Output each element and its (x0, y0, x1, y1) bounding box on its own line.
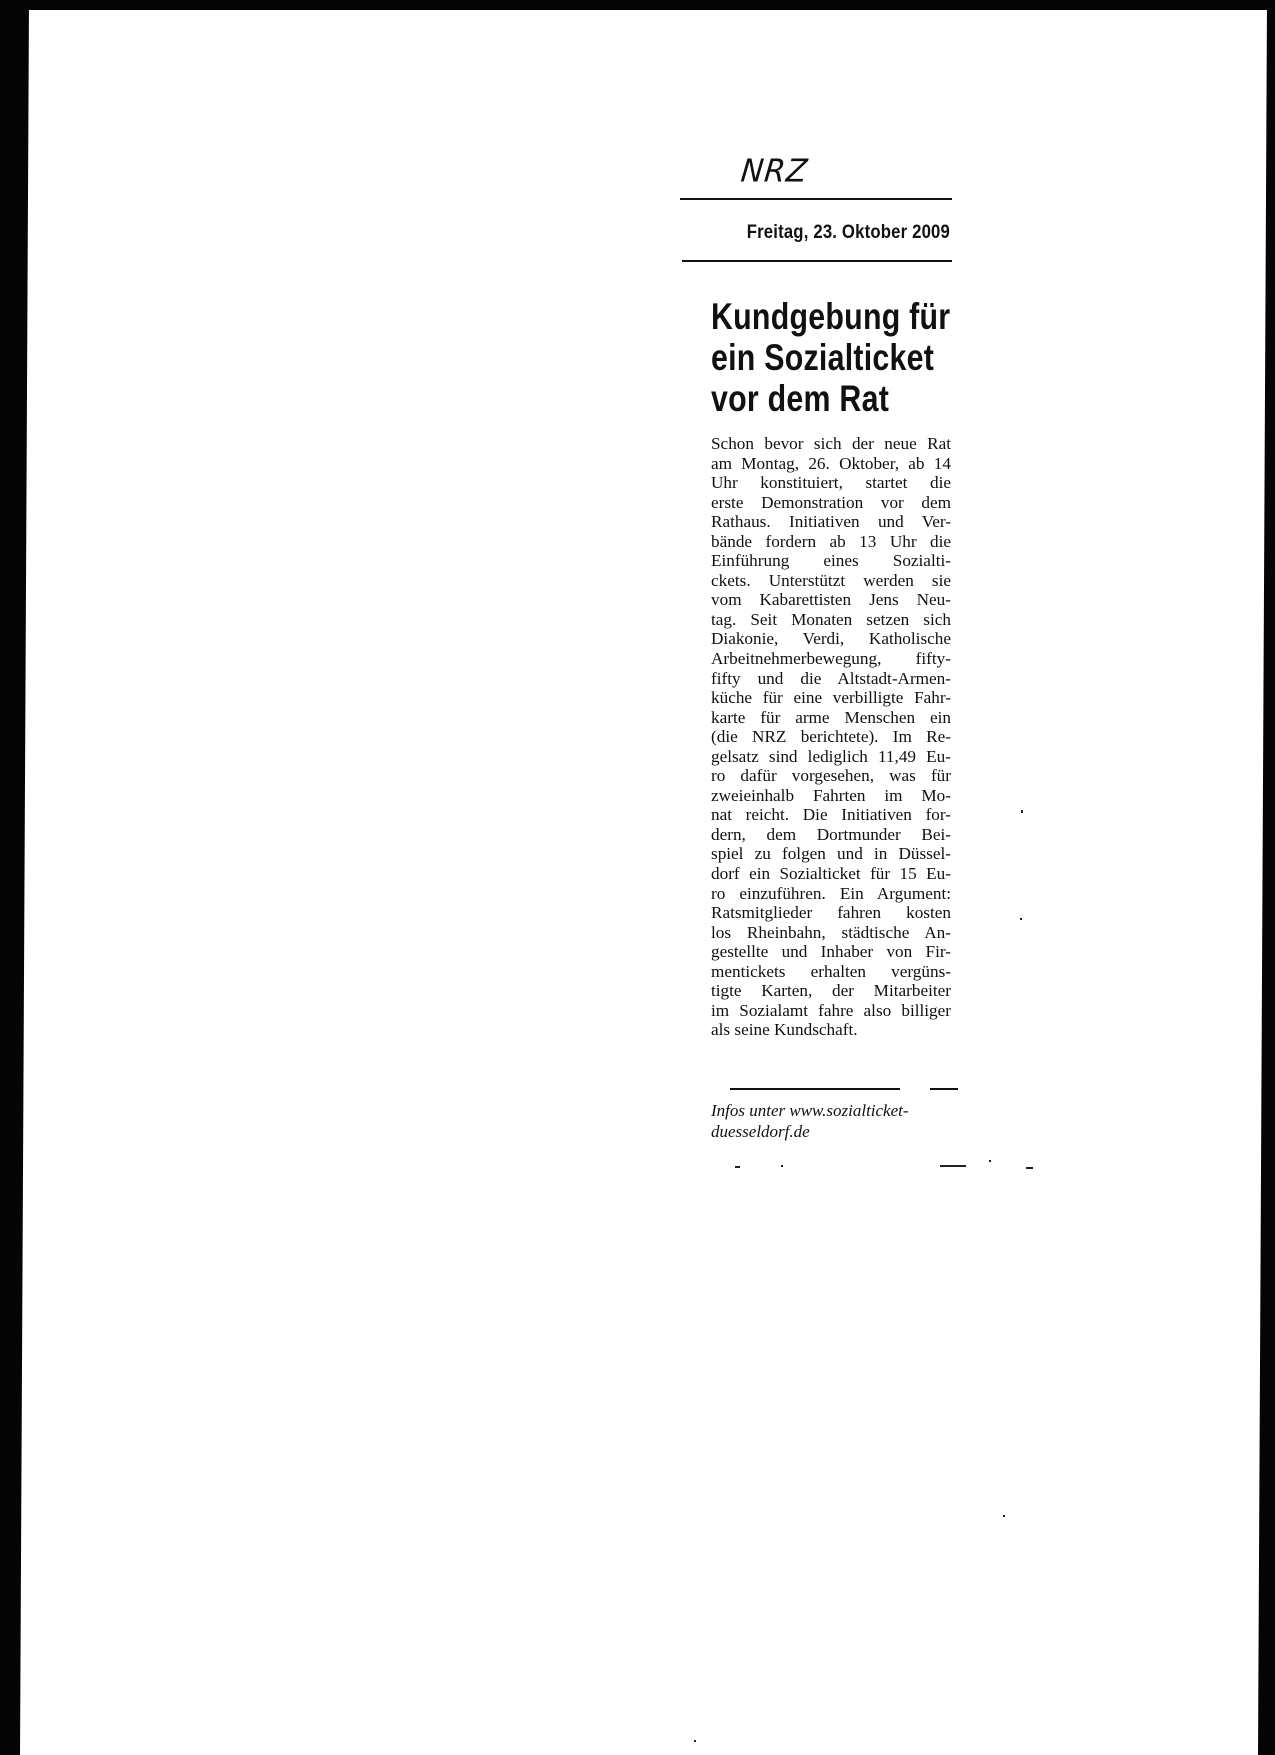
body-line: Arbeitnehmerbewegung, fifty- (711, 649, 951, 669)
body-line: fifty und die Altstadt-Armen- (711, 669, 951, 689)
header-rule-top (680, 198, 952, 200)
body-line: tag. Seit Monaten setzen sich (711, 610, 951, 630)
body-line: ro dafür vorgesehen, was für (711, 766, 951, 786)
body-line: gestellte und Inhaber von Fir- (711, 942, 951, 962)
scan-speck (989, 1160, 991, 1162)
body-line: Ratsmitglieder fahren kosten (711, 903, 951, 923)
body-line: Diakonie, Verdi, Katholische (711, 629, 951, 649)
body-line: dorf ein Sozialticket für 15 Eu- (711, 864, 951, 884)
headline: Kundgebung für ein Sozialticket vor dem … (711, 296, 924, 419)
body-line: Schon bevor sich der neue Rat (711, 434, 951, 454)
body-line: dern, dem Dortmunder Bei- (711, 825, 951, 845)
body-line: Rathaus. Initiativen und Ver- (711, 512, 951, 532)
scan-speck (940, 1165, 966, 1167)
body-line: als seine Kundschaft. (711, 1020, 951, 1040)
body-line: ro einzuführen. Ein Argument: (711, 884, 951, 904)
body-line: Einführung eines Sozialti- (711, 551, 951, 571)
body-line: bände fordern ab 13 Uhr die (711, 532, 951, 552)
scan-speck (1026, 1167, 1033, 1169)
scan-speck (781, 1165, 783, 1167)
info-footer: Infos unter www.sozialticket- duesseldor… (711, 1100, 971, 1142)
dateline: Freitag, 23. Oktober 2009 (747, 222, 950, 244)
body-line: mentickets erhalten vergüns- (711, 962, 951, 982)
body-line: gelsatz sind lediglich 11,49 Eu- (711, 747, 951, 767)
body-line: zweieinhalb Fahrten im Mo- (711, 786, 951, 806)
scan-speck (694, 1740, 696, 1742)
scan-border-left (0, 0, 29, 1755)
headline-line: Kundgebung für (711, 296, 924, 337)
body-line: los Rheinbahn, städtische An- (711, 923, 951, 943)
body-line: im Sozialamt fahre also billiger (711, 1001, 951, 1021)
scan-speck (1020, 918, 1022, 920)
body-line: am Montag, 26. Oktober, ab 14 (711, 454, 951, 474)
body-line: karte für arme Menschen ein (711, 708, 951, 728)
body-line: spiel zu folgen und in Düssel- (711, 844, 951, 864)
body-line: (die NRZ berichtete). Im Re- (711, 727, 951, 747)
info-line: Infos unter www.sozialticket- (711, 1100, 971, 1121)
handwritten-source-label: NRZ (739, 153, 810, 190)
scan-border-right (1258, 0, 1275, 1755)
body-line: tigte Karten, der Mitarbeiter (711, 981, 951, 1001)
body-line: erste Demonstration vor dem (711, 493, 951, 513)
headline-line: ein Sozialticket (711, 337, 924, 378)
scan-speck (735, 1166, 740, 1168)
body-line: nat reicht. Die Initiativen for- (711, 805, 951, 825)
info-separator-rule (730, 1088, 900, 1090)
headline-line: vor dem Rat (711, 378, 924, 419)
body-line: vom Kabarettisten Jens Neu- (711, 590, 951, 610)
article-body: Schon bevor sich der neue Rat am Montag,… (711, 434, 951, 1040)
header-rule-bottom (682, 260, 952, 262)
scan-border-top (0, 0, 1275, 10)
info-separator-rule-short (930, 1088, 958, 1090)
info-line: duesseldorf.de (711, 1121, 971, 1142)
body-line: ckets. Unterstützt werden sie (711, 571, 951, 591)
body-line: Uhr konstituiert, startet die (711, 473, 951, 493)
scan-speck (1003, 1515, 1005, 1517)
body-line: küche für eine verbilligte Fahr- (711, 688, 951, 708)
scan-speck (1021, 810, 1023, 813)
